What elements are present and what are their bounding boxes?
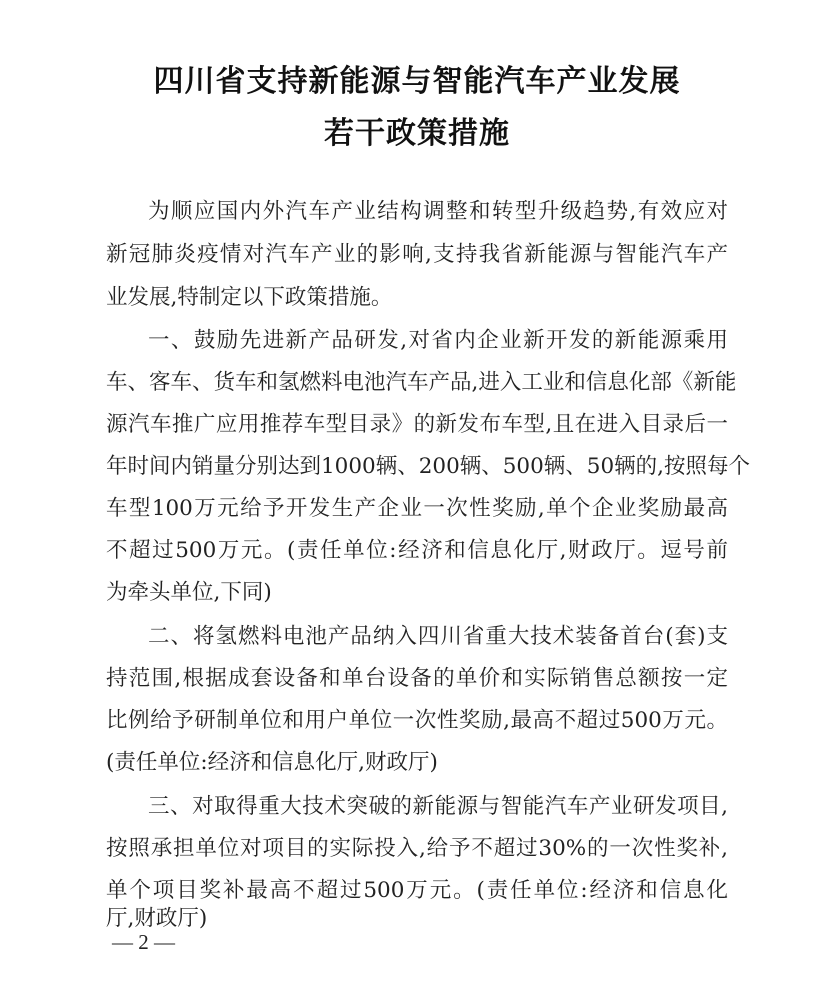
paragraph-line: 一、鼓励先进新产品研发,对省内企业新开发的新能源乘用 <box>148 326 728 356</box>
paragraph-line: 按照承担单位对项目的实际投入,给予不超过30%的一次性奖补, <box>106 834 728 864</box>
paragraph-line: 新冠肺炎疫情对汽车产业的影响,支持我省新能源与智能汽车产 <box>106 240 728 270</box>
paragraph-line: 比例给予研制单位和用户单位一次性奖励,最高不超过500万元。 <box>106 706 728 736</box>
page-number: — 2 — <box>112 930 175 955</box>
paragraph-line: 厅,财政厅) <box>106 904 728 934</box>
paragraph-line: 年时间内销量分别达到1000辆、200辆、500辆、50辆的,按照每个 <box>106 452 728 482</box>
document-title-line-1: 四川省支持新能源与智能汽车产业发展 <box>0 56 834 100</box>
document-page: 四川省支持新能源与智能汽车产业发展 若干政策措施 为顺应国内外汽车产业结构调整和… <box>0 0 834 1000</box>
paragraph-line: (责任单位:经济和信息化厅,财政厅) <box>106 748 728 778</box>
paragraph-line: 二、将氢燃料电池产品纳入四川省重大技术装备首台(套)支 <box>148 622 728 652</box>
paragraph-line: 车型100万元给予开发生产企业一次性奖励,单个企业奖励最高 <box>106 494 728 524</box>
paragraph-line: 单个项目奖补最高不超过500万元。(责任单位:经济和信息化 <box>106 876 728 906</box>
paragraph-line: 为牵头单位,下同) <box>106 578 728 608</box>
paragraph-line: 三、对取得重大技术突破的新能源与智能汽车产业研发项目, <box>148 792 728 822</box>
paragraph-line: 持范围,根据成套设备和单台设备的单价和实际销售总额按一定 <box>106 664 728 694</box>
paragraph-line: 源汽车推广应用推荐车型目录》的新发布车型,且在进入目录后一 <box>106 410 728 440</box>
paragraph-line: 业发展,特制定以下政策措施。 <box>106 283 728 313</box>
paragraph-line: 车、客车、货车和氢燃料电池汽车产品,进入工业和信息化部《新能 <box>106 368 728 398</box>
paragraph-line: 不超过500万元。(责任单位:经济和信息化厅,财政厅。逗号前 <box>106 536 728 566</box>
paragraph-line: 为顺应国内外汽车产业结构调整和转型升级趋势,有效应对 <box>148 197 728 227</box>
document-title-line-2: 若干政策措施 <box>0 108 834 152</box>
